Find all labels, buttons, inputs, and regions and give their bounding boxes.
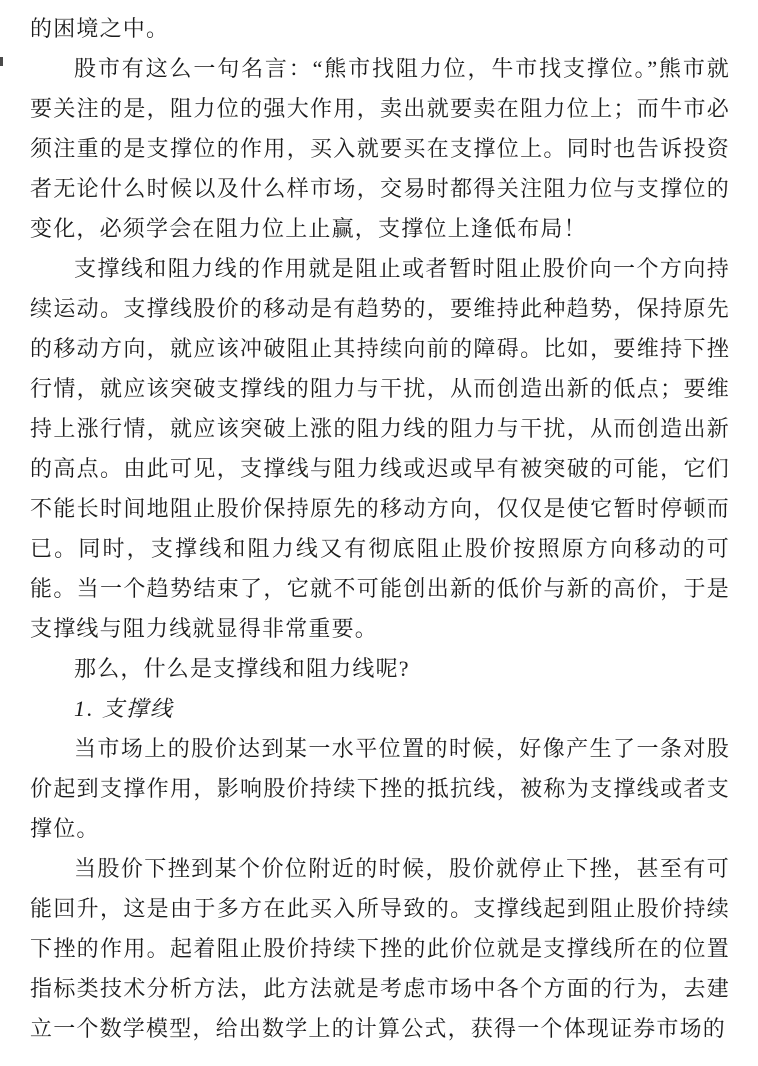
book-page: 的困境之中。股市有这么一句名言：“熊市找阻力位，牛市找支撑位。”熊市就要关注的是… — [0, 0, 758, 1066]
paragraph: 股市有这么一句名言：“熊市找阻力位，牛市找支撑位。”熊市就要关注的是，阻力位的强… — [30, 49, 730, 249]
paragraph: 的困境之中。 — [30, 9, 730, 49]
paragraph: 那么，什么是支撑线和阻力线呢? — [30, 649, 730, 689]
paragraph: 当股价下挫到某个价位附近的时候，股价就停止下挫，甚至有可能回升，这是由于多方在此… — [30, 849, 730, 1049]
paragraph: 当市场上的股价达到某一水平位置的时候，好像产生了一条对股价起到支撑作用，影响股价… — [30, 729, 730, 849]
section-heading: 1. 支撑线 — [30, 689, 730, 729]
scan-artifact — [0, 57, 3, 66]
paragraph: 支撑线和阻力线的作用就是阻止或者暂时阻止股价向一个方向持续运动。支撑线股价的移动… — [30, 249, 730, 649]
page-text: 的困境之中。股市有这么一句名言：“熊市找阻力位，牛市找支撑位。”熊市就要关注的是… — [30, 9, 730, 1049]
